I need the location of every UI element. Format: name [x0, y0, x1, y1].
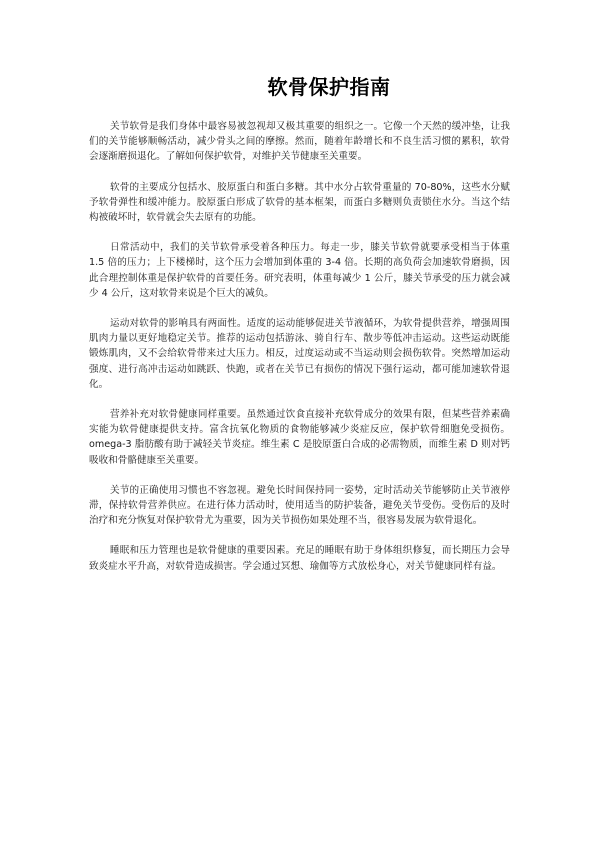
paragraph-joint-habits: 关节的正确使用习惯也不容忽视。避免长时间保持同一姿势，定时活动关节能够防止关节液… — [89, 483, 510, 529]
paragraph-composition: 软骨的主要成分包括水、胶原蛋白和蛋白多糖。其中水分占软骨重量的 70-80%，这… — [89, 180, 510, 226]
paragraph-exercise: 运动对软骨的影响具有两面性。适度的运动能够促进关节液循环，为软骨提供营养，增强周… — [89, 316, 510, 392]
paragraph-daily-pressure: 日常活动中，我们的关节软骨承受着各种压力。每走一步，膝关节软骨就要承受相当于体重… — [89, 240, 510, 301]
paragraph-nutrition: 营养补充对软骨健康同样重要。虽然通过饮食直接补充软骨成分的效果有限，但某些营养素… — [89, 407, 510, 468]
paragraph-sleep-stress: 睡眠和压力管理也是软骨健康的重要因素。充足的睡眠有助于身体组织修复，而长期压力会… — [89, 543, 510, 573]
paragraph-intro: 关节软骨是我们身体中最容易被忽视却又极其重要的组织之一。它像一个天然的缓冲垫，让… — [89, 119, 510, 165]
document-body: 关节软骨是我们身体中最容易被忽视却又极其重要的组织之一。它像一个天然的缓冲垫，让… — [89, 119, 510, 589]
document-title: 软骨保护指南 — [229, 73, 429, 101]
document-page: 软骨保护指南 关节软骨是我们身体中最容易被忽视却又极其重要的组织之一。它像一个天… — [0, 0, 595, 841]
